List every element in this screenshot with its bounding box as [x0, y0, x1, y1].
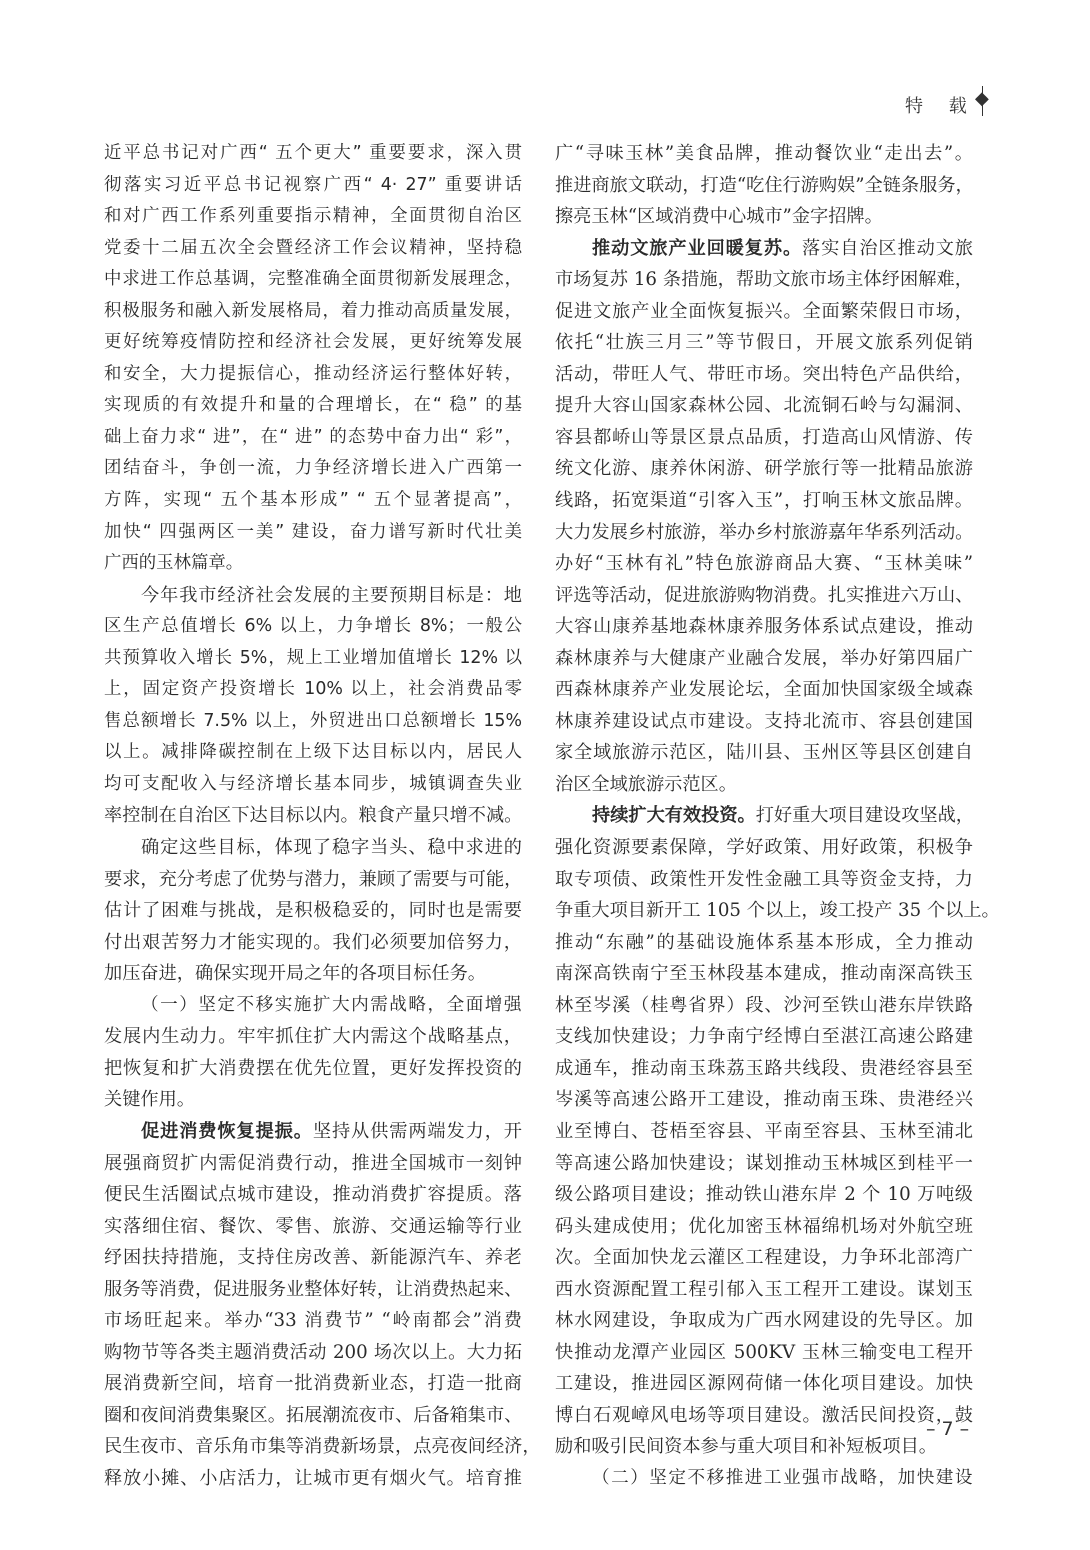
line-text: 坚持从供需两端发力，开: [313, 1121, 522, 1142]
line-text: 业至博白、苍梧至容县、平南至容县、玉林至浦北: [555, 1121, 973, 1142]
line-text: 强化资源要素保障，学好政策、用好政策，积极争: [555, 837, 973, 858]
line-text: 办好“玉林有礼”特色旅游商品大赛、“玉林美味”: [555, 553, 973, 574]
line-text: 民生夜市、音乐角市集等消费新场景，点亮夜间经济，: [104, 1436, 541, 1457]
text-line: 彻落实习近平总书记视察广西“ 4· 27” 重要讲话: [104, 170, 522, 202]
text-line: 展强商贸扩内需促消费行动，推进全国城市一刻钟: [104, 1148, 522, 1180]
line-text: 便民生活圈试点城市建设，推动消费扩容提质。落: [104, 1184, 522, 1205]
text-line: 林水网建设，争取成为广西水网建设的先导区。加: [555, 1305, 973, 1337]
text-line: 释放小摊、小店活力，让城市更有烟火气。培育推: [104, 1463, 522, 1495]
line-text: 争重大项目新开工 105 个以上，竣工投产 35 个以上。: [555, 900, 1000, 921]
line-text: （二）坚定不移推进工业强市战略，加快建设: [592, 1468, 973, 1488]
line-text: 关键作用。: [104, 1089, 195, 1110]
line-text: 把恢复和扩大消费摆在优先位置，更好发挥投资的: [104, 1058, 522, 1079]
text-line: 办好“玉林有礼”特色旅游商品大赛、“玉林美味”: [555, 548, 973, 580]
line-text: 购物节等各类主题消费活动 200 场次以上。大力拓: [104, 1342, 522, 1363]
text-line: 博白石观嶂风电场等项目建设。激活民间投资，鼓: [555, 1400, 973, 1432]
line-text: 上，固定资产投资增长 10% 以上，社会消费品零: [104, 679, 522, 699]
text-line: 容县都峤山等景区景点品质，打造高山风情游、传: [555, 422, 973, 454]
text-line: 推动文旅产业回暖复苏。落实自治区推动文旅: [555, 233, 973, 265]
text-line: 展消费新空间，培育一批消费新业态，打造一批商: [104, 1368, 522, 1400]
line-text: 实现质的有效提升和量的合理增长，在“ 稳” 的基: [104, 395, 522, 415]
text-line: 强化资源要素保障，学好政策、用好政策，积极争: [555, 832, 973, 864]
right-column: 广“寻味玉林”美食品牌，推动餐饮业“走出去”。推进商旅文联动，打造“吃住行游购娱…: [555, 138, 973, 1495]
line-text: 林水网建设，争取成为广西水网建设的先导区。加: [555, 1310, 973, 1331]
line-text: 快推动龙潭产业园区 500KV 玉林三输变电工程开: [555, 1342, 973, 1363]
text-line: 更好统筹疫情防控和经济社会发展，更好统筹发展: [104, 327, 522, 359]
text-line: 售总额增长 7.5% 以上，外贸进出口总额增长 15%: [104, 706, 522, 738]
left-column: 近平总书记对广西“ 五个更大” 重要要求，深入贯彻落实习近平总书记视察广西“ 4…: [104, 138, 522, 1495]
text-line: 励和吸引民间资本参与重大项目和补短板项目。: [555, 1431, 973, 1463]
text-line: 擦亮玉林“区域消费中心城市”金字招牌。: [555, 201, 973, 233]
text-line: 共预算收入增长 5%，规上工业增加值增长 12% 以: [104, 643, 522, 675]
text-line: 关键作用。: [104, 1084, 522, 1116]
line-text: 党委十二届五次全会暨经济工作会议精神，坚持稳: [104, 238, 522, 258]
text-line: 依托“壮族三月三”等节假日，开展文旅系列促销: [555, 327, 973, 359]
text-line: 岑溪等高速公路开工建设，推动南玉珠、贵港经兴: [555, 1084, 973, 1116]
line-text: 森林康养与大健康产业融合发展，举办好第四届广: [555, 648, 973, 669]
running-header: 特 载 ◆: [905, 92, 977, 118]
line-text: 付出艰苦努力才能实现的。我们必须要加倍努力，: [104, 932, 522, 953]
text-line: 市场复苏 16 条措施，帮助文旅市场主体纾困解难，: [555, 264, 973, 296]
line-text: 和对广西工作系列重要指示精神，全面贯彻自治区: [104, 206, 522, 226]
line-text: 服务等消费，促进服务业整体好转，让消费热起来、: [104, 1279, 522, 1300]
text-line: 活动，带旺人气、带旺市场。突出特色产品供给，: [555, 359, 973, 391]
line-text: 售总额增长 7.5% 以上，外贸进出口总额增长 15%: [104, 711, 522, 731]
line-text: 次。全面加快龙云灌区工程建设，力争环北部湾广: [555, 1247, 973, 1268]
text-line: 以上。减排降碳控制在上级下达目标以内，居民人: [104, 737, 522, 769]
text-line: 民生夜市、音乐角市集等消费新场景，点亮夜间经济，: [104, 1431, 522, 1463]
text-line: 西森林康养产业发展论坛，全面加快国家级全域森: [555, 674, 973, 706]
section-label: 特 载: [905, 96, 977, 117]
line-text: 和安全，大力提振信心，推动经济运行整体好转，: [104, 364, 522, 384]
text-line: 付出艰苦努力才能实现的。我们必须要加倍努力，: [104, 927, 522, 959]
line-text: 容县都峤山等景区景点品质，打造高山风情游、传: [555, 427, 973, 448]
text-line: 便民生活圈试点城市建设，推动消费扩容提质。落: [104, 1179, 522, 1211]
text-line: 实落细住宿、餐饮、零售、旅游、交通运输等行业: [104, 1211, 522, 1243]
text-line: 础上奋力求“ 进”，在“ 进” 的态势中奋力出“ 彩”，: [104, 422, 522, 454]
line-text: 广“寻味玉林”美食品牌，推动餐饮业“走出去”。: [555, 143, 973, 164]
line-text: 支线加快建设；力争南宁经博白至湛江高速公路建: [555, 1026, 973, 1047]
text-line: 积极服务和融入新发展格局，着力推动高质量发展，: [104, 296, 522, 328]
text-line: 均可支配收入与经济增长基本同步，城镇调查失业: [104, 769, 522, 801]
line-text: 级公路项目建设；推动铁山港东岸 2 个 10 万吨级: [555, 1184, 973, 1205]
text-line: 线路，拓宽渠道“引客入玉”，打响玉林文旅品牌。: [555, 485, 973, 517]
line-text: 市场复苏 16 条措施，帮助文旅市场主体纾困解难，: [555, 269, 973, 290]
line-text: 确定这些目标，体现了稳字当头、稳中求进的: [141, 837, 522, 858]
text-line: 成通车，推动南玉珠荔玉路共线段、贵港经容县至: [555, 1053, 973, 1085]
text-line: 推动“东融”的基础设施体系基本形成，全力推动: [555, 927, 973, 959]
text-line: 估计了困难与挑战，是积极稳妥的，同时也是需要: [104, 895, 522, 927]
line-text: 大力发展乡村旅游，举办乡村旅游嘉年华系列活动。: [555, 522, 973, 543]
text-line: 和对广西工作系列重要指示精神，全面贯彻自治区: [104, 201, 522, 233]
text-line: 治区全域旅游示范区。: [555, 769, 973, 801]
text-line: 取专项债、政策性开发性金融工具等资金支持，力: [555, 864, 973, 896]
text-line: 中求进工作总基调，完整准确全面贯彻新发展理念，: [104, 264, 522, 296]
text-line: 圈和夜间消费集聚区。拓展潮流夜市、后备箱集市、: [104, 1400, 522, 1432]
text-line: 方阵，实现“ 五个基本形成” “ 五个显著提高”，: [104, 485, 522, 517]
line-text: 方阵，实现“ 五个基本形成” “ 五个显著提高”，: [104, 490, 522, 510]
line-text: 释放小摊、小店活力，让城市更有烟火气。培育推: [104, 1468, 522, 1489]
text-line: 加快“ 四强两区一美” 建设，奋力谱写新时代壮美: [104, 517, 522, 549]
line-text: 家全域旅游示范区，陆川县、玉州区等县区创建自: [555, 742, 973, 763]
line-text: 更好统筹疫情防控和经济社会发展，更好统筹发展: [104, 332, 522, 352]
text-line: 把恢复和扩大消费摆在优先位置，更好发挥投资的: [104, 1053, 522, 1085]
text-line: 广西的玉林篇章。: [104, 548, 522, 580]
text-line: 级公路项目建设；推动铁山港东岸 2 个 10 万吨级: [555, 1179, 973, 1211]
text-line: 森林康养与大健康产业融合发展，举办好第四届广: [555, 643, 973, 675]
line-text: 统文化游、康养休闲游、研学旅行等一批精品旅游: [555, 458, 973, 479]
line-text: 积极服务和融入新发展格局，着力推动高质量发展，: [104, 301, 522, 321]
line-text: 推进商旅文联动，打造“吃住行游购娱”全链条服务，: [555, 175, 974, 196]
line-text: 彻落实习近平总书记视察广西“ 4· 27” 重要讲话: [104, 175, 522, 195]
line-text: 展强商贸扩内需促消费行动，推进全国城市一刻钟: [104, 1153, 522, 1174]
text-line: 率控制在自治区下达目标以内。粮食产量只增不减。: [104, 800, 522, 832]
line-text: 加压奋进，确保实现开局之年的各项目标任务。: [104, 963, 486, 984]
text-line: 区生产总值增长 6% 以上，力争增长 8%；一般公: [104, 611, 522, 643]
line-text: 圈和夜间消费集聚区。拓展潮流夜市、后备箱集市、: [104, 1405, 522, 1426]
line-text: 博白石观嶂风电场等项目建设。激活民间投资，鼓: [555, 1405, 973, 1426]
line-text: 林至岑溪（桂粤省界）段、沙河至铁山港东岸铁路: [555, 995, 973, 1016]
text-line: 要求，充分考虑了优势与潜力，兼顾了需要与可能，: [104, 864, 522, 896]
line-text: 依托“壮族三月三”等节假日，开展文旅系列促销: [555, 332, 973, 353]
line-text: 推动“东融”的基础设施体系基本形成，全力推动: [555, 932, 973, 953]
text-line: 争重大项目新开工 105 个以上，竣工投产 35 个以上。: [555, 895, 973, 927]
page-number: – 7 –: [926, 1418, 969, 1440]
line-text: 实落细住宿、餐饮、零售、旅游、交通运输等行业: [104, 1216, 522, 1237]
line-text: 林康养建设试点市建设。支持北流市、容县创建国: [555, 711, 973, 732]
text-line: 近平总书记对广西“ 五个更大” 重要要求，深入贯: [104, 138, 522, 170]
line-text: 今年我市经济社会发展的主要预期目标是：地: [141, 585, 522, 606]
text-line: 确定这些目标，体现了稳字当头、稳中求进的: [104, 832, 522, 864]
paragraph-heading: 推动文旅产业回暖复苏。: [592, 238, 802, 259]
text-line: 码头建成使用；优化加密玉林福绵机场对外航空班: [555, 1211, 973, 1243]
line-text: 发展内生动力。牢牢抓住扩大内需这个战略基点，: [104, 1026, 522, 1047]
text-line: 大容山康养基地森林康养服务体系试点建设，推动: [555, 611, 973, 643]
line-text: 团结奋斗，争创一流，力争经济增长进入广西第一: [104, 458, 522, 478]
line-text: 评选等活动，促进旅游购物消费。扎实推进六万山、: [555, 585, 973, 606]
diamond-icon: ◆: [975, 88, 989, 109]
text-line: 评选等活动，促进旅游购物消费。扎实推进六万山、: [555, 580, 973, 612]
text-line: 纾困扶持措施，支持住房改善、新能源汽车、养老: [104, 1242, 522, 1274]
text-line: 支线加快建设；力争南宁经博白至湛江高速公路建: [555, 1021, 973, 1053]
text-line: 实现质的有效提升和量的合理增长，在“ 稳” 的基: [104, 390, 522, 422]
line-text: 础上奋力求“ 进”，在“ 进” 的态势中奋力出“ 彩”，: [104, 427, 522, 447]
line-text: 岑溪等高速公路开工建设，推动南玉珠、贵港经兴: [555, 1089, 973, 1110]
line-text: 区生产总值增长 6% 以上，力争增长 8%；一般公: [104, 616, 522, 636]
line-text: 活动，带旺人气、带旺市场。突出特色产品供给，: [555, 364, 973, 385]
line-text: 落实自治区推动文旅: [802, 238, 973, 259]
text-line: 家全域旅游示范区，陆川县、玉州区等县区创建自: [555, 737, 973, 769]
line-text: 展消费新空间，培育一批消费新业态，打造一批商: [104, 1373, 522, 1394]
text-line: 购物节等各类主题消费活动 200 场次以上。大力拓: [104, 1337, 522, 1369]
line-text: （一）坚定不移实施扩大内需战略，全面增强: [141, 995, 522, 1015]
line-text: 市场旺起来。举办“33 消费节” “岭南都会”消费: [104, 1310, 522, 1331]
line-text: 南深高铁南宁至玉林段基本建成，推动南深高铁玉: [555, 963, 973, 984]
text-line: 西水资源配置工程引郁入玉工程开工建设。谋划玉: [555, 1274, 973, 1306]
line-text: 码头建成使用；优化加密玉林福绵机场对外航空班: [555, 1216, 973, 1237]
text-line: 持续扩大有效投资。打好重大项目建设攻坚战，: [555, 800, 973, 832]
line-text: 均可支配收入与经济增长基本同步，城镇调查失业: [104, 774, 522, 794]
text-line: 广“寻味玉林”美食品牌，推动餐饮业“走出去”。: [555, 138, 973, 170]
line-text: 加快“ 四强两区一美” 建设，奋力谱写新时代壮美: [104, 522, 522, 542]
text-line: 林康养建设试点市建设。支持北流市、容县创建国: [555, 706, 973, 738]
line-text: 中求进工作总基调，完整准确全面贯彻新发展理念，: [104, 269, 522, 289]
text-line: 和安全，大力提振信心，推动经济运行整体好转，: [104, 359, 522, 391]
text-line: 等高速公路加快建设；谋划推动玉林城区到桂平一: [555, 1148, 973, 1180]
line-text: 共预算收入增长 5%，规上工业增加值增长 12% 以: [104, 648, 522, 668]
text-line: 推进商旅文联动，打造“吃住行游购娱”全链条服务，: [555, 170, 973, 202]
line-text: 成通车，推动南玉珠荔玉路共线段、贵港经容县至: [555, 1058, 973, 1079]
text-line: 发展内生动力。牢牢抓住扩大内需这个战略基点，: [104, 1021, 522, 1053]
line-text: 大容山康养基地森林康养服务体系试点建设，推动: [555, 616, 973, 637]
line-text: 取专项债、政策性开发性金融工具等资金支持，力: [555, 869, 973, 890]
text-line: 业至博白、苍梧至容县、平南至容县、玉林至浦北: [555, 1116, 973, 1148]
text-line: 工建设，推进园区源网荷储一体化项目建设。加快: [555, 1368, 973, 1400]
text-line: 党委十二届五次全会暨经济工作会议精神，坚持稳: [104, 233, 522, 265]
line-text: 促进文旅产业全面恢复振兴。全面繁荣假日市场，: [555, 301, 973, 322]
line-text: 估计了困难与挑战，是积极稳妥的，同时也是需要: [104, 900, 522, 921]
text-line: 上，固定资产投资增长 10% 以上，社会消费品零: [104, 674, 522, 706]
paragraph-heading: 持续扩大有效投资。: [592, 805, 756, 826]
text-line: 快推动龙潭产业园区 500KV 玉林三输变电工程开: [555, 1337, 973, 1369]
text-line: 加压奋进，确保实现开局之年的各项目标任务。: [104, 958, 522, 990]
line-text: 西水资源配置工程引郁入玉工程开工建设。谋划玉: [555, 1279, 973, 1300]
line-text: 工建设，推进园区源网荷储一体化项目建设。加快: [555, 1373, 973, 1394]
text-line: 提升大容山国家森林公园、北流铜石岭与勾漏洞、: [555, 390, 973, 422]
text-line: 次。全面加快龙云灌区工程建设，力争环北部湾广: [555, 1242, 973, 1274]
text-line: 服务等消费，促进服务业整体好转，让消费热起来、: [104, 1274, 522, 1306]
text-line: 林至岑溪（桂粤省界）段、沙河至铁山港东岸铁路: [555, 990, 973, 1022]
line-text: 西森林康养产业发展论坛，全面加快国家级全域森: [555, 679, 973, 700]
line-text: 提升大容山国家森林公园、北流铜石岭与勾漏洞、: [555, 395, 973, 416]
text-line: 团结奋斗，争创一流，力争经济增长进入广西第一: [104, 453, 522, 485]
text-line: 大力发展乡村旅游，举办乡村旅游嘉年华系列活动。: [555, 517, 973, 549]
line-text: 近平总书记对广西“ 五个更大” 重要要求，深入贯: [104, 143, 522, 163]
line-text: 率控制在自治区下达目标以内。粮食产量只增不减。: [104, 805, 522, 826]
text-line: 南深高铁南宁至玉林段基本建成，推动南深高铁玉: [555, 958, 973, 990]
line-text: 等高速公路加快建设；谋划推动玉林城区到桂平一: [555, 1153, 973, 1174]
line-text: 励和吸引民间资本参与重大项目和补短板项目。: [555, 1436, 937, 1457]
line-text: 以上。减排降碳控制在上级下达目标以内，居民人: [104, 742, 522, 762]
line-text: 打好重大项目建设攻坚战，: [756, 805, 974, 826]
line-text: 纾困扶持措施，支持住房改善、新能源汽车、养老: [104, 1247, 522, 1268]
paragraph-heading: 促进消费恢复提振。: [141, 1121, 313, 1142]
text-line: （一）坚定不移实施扩大内需战略，全面增强: [104, 990, 522, 1022]
line-text: 广西的玉林篇章。: [104, 553, 243, 573]
text-line: 促进文旅产业全面恢复振兴。全面繁荣假日市场，: [555, 296, 973, 328]
text-line: 市场旺起来。举办“33 消费节” “岭南都会”消费: [104, 1305, 522, 1337]
line-text: 治区全域旅游示范区。: [555, 774, 737, 795]
text-line: 今年我市经济社会发展的主要预期目标是：地: [104, 580, 522, 612]
line-text: 擦亮玉林“区域消费中心城市”金字招牌。: [555, 206, 883, 227]
text-line: 统文化游、康养休闲游、研学旅行等一批精品旅游: [555, 453, 973, 485]
text-line: 促进消费恢复提振。坚持从供需两端发力，开: [104, 1116, 522, 1148]
text-line: （二）坚定不移推进工业强市战略，加快建设: [555, 1463, 973, 1495]
line-text: 要求，充分考虑了优势与潜力，兼顾了需要与可能，: [104, 869, 522, 890]
line-text: 线路，拓宽渠道“引客入玉”，打响玉林文旅品牌。: [555, 490, 973, 511]
